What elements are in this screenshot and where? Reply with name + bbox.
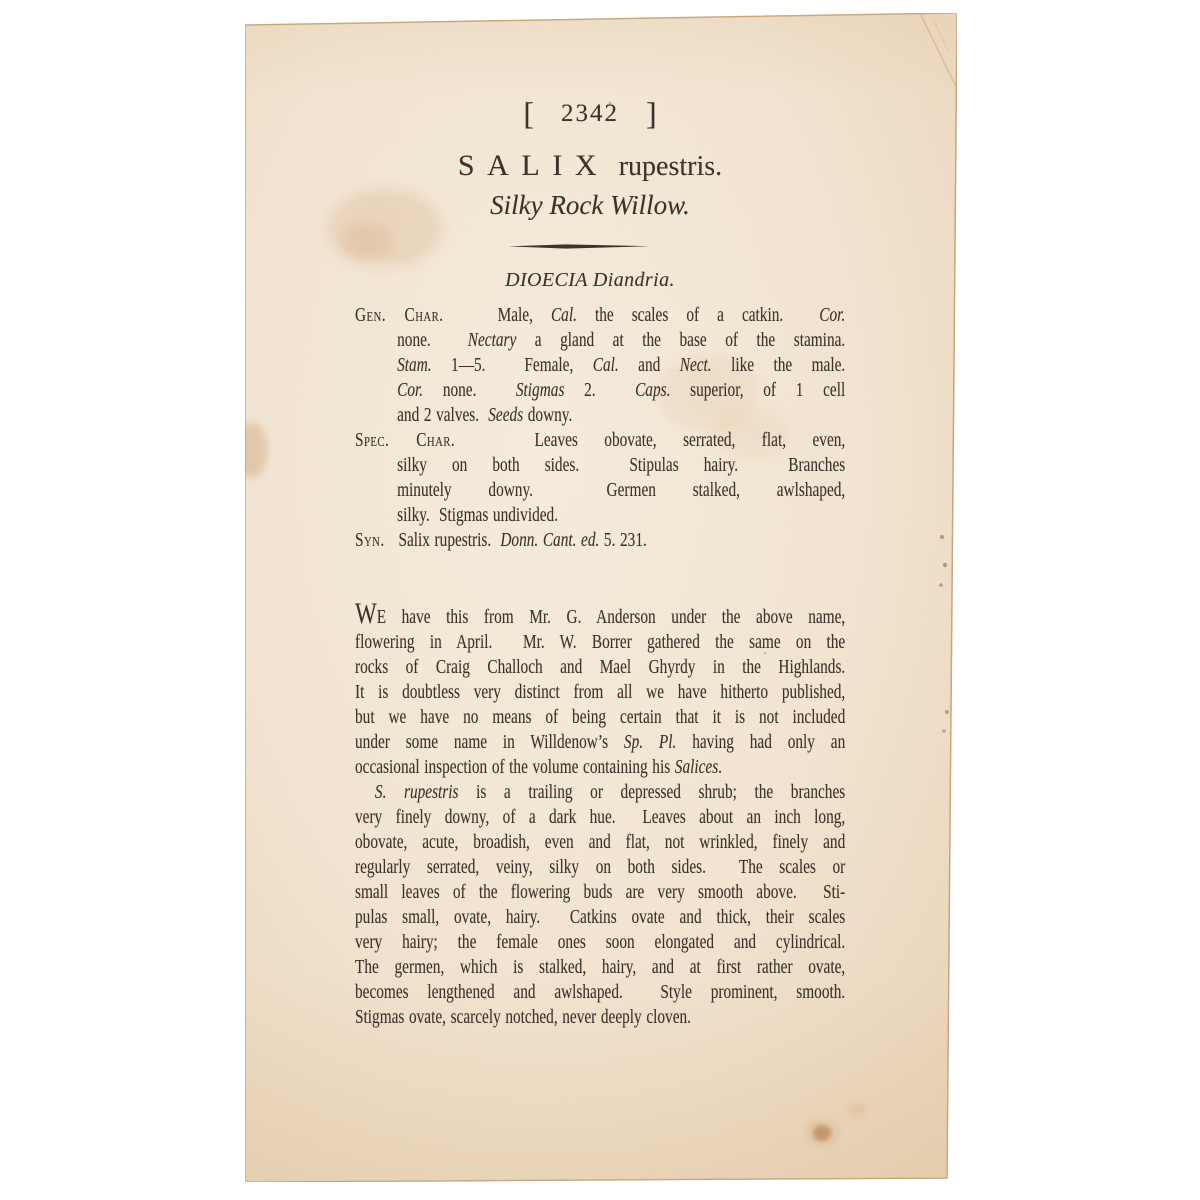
text-line: rocks of Craig Challoch and Mael Ghyrdy … bbox=[355, 655, 845, 680]
text-line: Cor. none. Stigmas 2. Caps. superior, of… bbox=[355, 378, 845, 403]
gen-char-block: Gen. Char. Male, Cal. the scales of a ca… bbox=[355, 303, 845, 428]
syn-block: Syn. Salix rupestris. Donn. Cant. ed. 5.… bbox=[355, 528, 845, 553]
species-title: SALIX rupestris. bbox=[245, 151, 957, 181]
species-epithet: rupestris. bbox=[619, 151, 722, 182]
text-column: Gen. Char. Male, Cal. the scales of a ca… bbox=[355, 303, 845, 1030]
main-paragraph-2: S. rupestris is a trailing or depressed … bbox=[355, 780, 845, 1030]
text-line: Spec. Char. Leaves obovate, serrated, fl… bbox=[355, 428, 845, 453]
page-number-value: 2342 bbox=[561, 100, 619, 127]
text-line: becomes lengthened and awlshaped. Style … bbox=[355, 980, 845, 1005]
scanned-page-canvas: [2342] SALIX rupestris. Silky Rock Willo… bbox=[0, 0, 1200, 1200]
text-line: none. Nectary a gland at the base of the… bbox=[355, 328, 845, 353]
text-line: It is doubtless very distinct from all w… bbox=[355, 680, 845, 705]
text-line: S. rupestris is a trailing or depressed … bbox=[355, 780, 845, 805]
text-line: minutely downy. Germen stalked, awlshape… bbox=[355, 478, 845, 503]
divider-rule bbox=[508, 244, 650, 249]
text-line: silky. Stigmas undivided. bbox=[355, 503, 845, 528]
text-line: very hairy; the female ones soon elongat… bbox=[355, 930, 845, 955]
text-line: flowering in April. Mr. W. Borrer gather… bbox=[355, 630, 845, 655]
text-line: very finely downy, of a dark hue. Leaves… bbox=[355, 805, 845, 830]
page-number-bracket-right: ] bbox=[646, 95, 657, 131]
classification-heading: DIOECIA Diandria. bbox=[245, 270, 957, 290]
text-line: pulas small, ovate, hairy. Catkins ovate… bbox=[355, 905, 845, 930]
main-paragraph-1: WE have this from Mr. G. Anderson under … bbox=[355, 605, 845, 780]
text-line: small leaves of the flowering buds are v… bbox=[355, 880, 845, 905]
text-line: WE have this from Mr. G. Anderson under … bbox=[355, 605, 845, 630]
genus-name: SALIX bbox=[458, 149, 609, 182]
text-line: The germen, which is stalked, hairy, and… bbox=[355, 955, 845, 980]
text-line: regularly serrated, veiny, silky on both… bbox=[355, 855, 845, 880]
text-line: obovate, acute, broadish, even and flat,… bbox=[355, 830, 845, 855]
text-line: Stigmas ovate, scarcely notched, never d… bbox=[355, 1005, 845, 1030]
text-line: but we have no means of being certain th… bbox=[355, 705, 845, 730]
spec-char-block: Spec. Char. Leaves obovate, serrated, fl… bbox=[355, 428, 845, 528]
text-line: under some name in Willdenow’s Sp. Pl. h… bbox=[355, 730, 845, 755]
page-content: [2342] SALIX rupestris. Silky Rock Willo… bbox=[245, 13, 957, 1182]
text-line: occasional inspection of the volume cont… bbox=[355, 755, 845, 780]
text-line: Gen. Char. Male, Cal. the scales of a ca… bbox=[355, 303, 845, 328]
text-line: Stam. 1—5. Female, Cal. and Nect. like t… bbox=[355, 353, 845, 378]
common-name: Silky Rock Willow. bbox=[245, 192, 957, 219]
page-number-bracket-left: [ bbox=[523, 95, 534, 131]
text-line: silky on both sides. Stipulas hairy. Bra… bbox=[355, 453, 845, 478]
text-line: Syn. Salix rupestris. Donn. Cant. ed. 5.… bbox=[355, 528, 845, 553]
text-line: and 2 valves. Seeds downy. bbox=[355, 403, 845, 428]
page-number: [2342] bbox=[245, 97, 957, 129]
paper-sheet: [2342] SALIX rupestris. Silky Rock Willo… bbox=[245, 13, 957, 1182]
